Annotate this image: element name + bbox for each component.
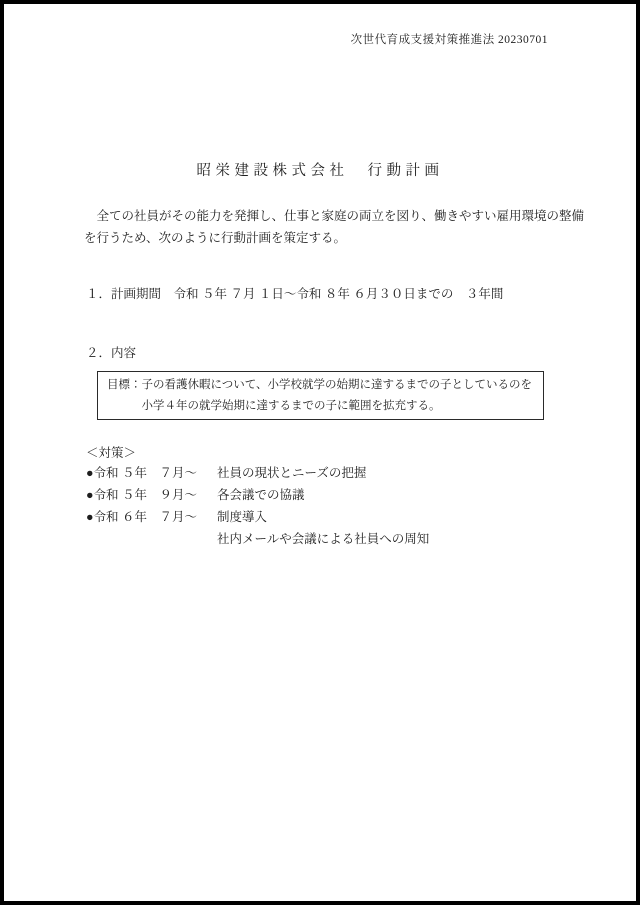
goal-box: 目標：子の看護休暇について、小学校就学の始期に達するまでの子としているのを 小学… [97, 371, 544, 420]
measure-date-2: ●令和 ５年 ９月～ [86, 484, 217, 506]
measure-desc-1: 社員の現状とニーズの把握 [217, 462, 366, 484]
header-law-reference: 次世代育成支援対策推進法 20230701 [351, 31, 548, 47]
measure-desc-3-text: 制度導入 [217, 506, 429, 528]
measure-desc-2: 各会議での協議 [217, 484, 305, 506]
section-content-heading: ２．内容 [86, 343, 136, 361]
document-page: 次世代育成支援対策推進法 20230701 昭栄建設株式会社 行動計画 全ての社… [0, 0, 640, 905]
measure-desc-3-text-2: 社内メールや会議による社員への周知 [217, 528, 429, 550]
measure-desc-3: 制度導入 社内メールや会議による社員への周知 [217, 506, 429, 550]
measures-heading: ＜対策＞ [86, 443, 136, 461]
measure-desc-2-text: 各会議での協議 [217, 484, 305, 506]
intro-paragraph: 全ての社員がその能力を発揮し、仕事と家庭の両立を図り、働きやすい雇用環境の整備 … [84, 205, 584, 249]
goal-box-line-1: 目標：子の看護休暇について、小学校就学の始期に達するまでの子としているのを [107, 375, 539, 396]
section-plan-period: １．計画期間 令和 ５年 ７月 １日～令和 ８年 ６月３０日までの ３年間 [86, 284, 503, 302]
measure-item-2: ●令和 ５年 ９月～ 各会議での協議 [86, 484, 429, 506]
measure-item-1: ●令和 ５年 ７月～ 社員の現状とニーズの把握 [86, 462, 429, 484]
intro-line-1: 全ての社員がその能力を発揮し、仕事と家庭の両立を図り、働きやすい雇用環境の整備 [84, 205, 584, 227]
measure-date-1: ●令和 ５年 ７月～ [86, 462, 217, 484]
measure-date-3: ●令和 ６年 ７月～ [86, 506, 217, 528]
measure-desc-1-text: 社員の現状とニーズの把握 [217, 462, 366, 484]
intro-line-2: を行うため、次のように行動計画を策定する。 [84, 227, 584, 249]
measure-item-3: ●令和 ６年 ７月～ 制度導入 社内メールや会議による社員への周知 [86, 506, 429, 550]
document-title: 昭栄建設株式会社 行動計画 [4, 159, 636, 180]
goal-box-line-2: 小学４年の就学始期に達するまでの子に範囲を拡充する。 [107, 396, 539, 417]
measures-list: ●令和 ５年 ７月～ 社員の現状とニーズの把握 ●令和 ５年 ９月～ 各会議での… [86, 462, 429, 550]
